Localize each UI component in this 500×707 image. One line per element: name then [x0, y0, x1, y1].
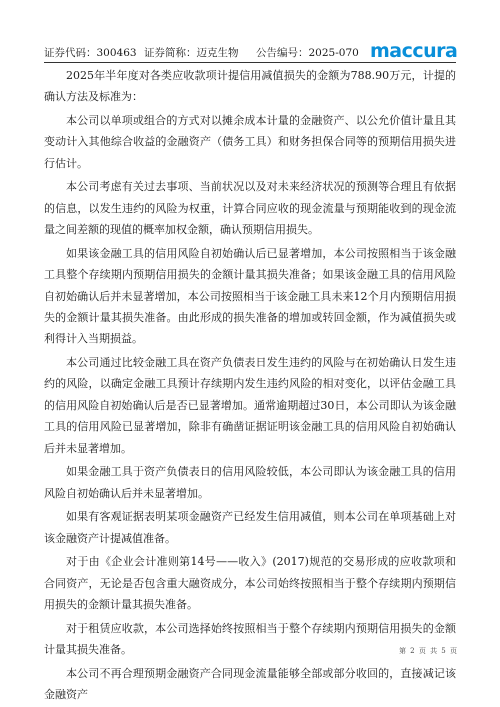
stock-code: 证券代码：300463 — [44, 44, 137, 62]
company-logo: maccura — [370, 41, 457, 61]
paragraph: 如果该金融工具的信用风险自初始确认后已显著增加，本公司按照相当于该金融工具整个存… — [44, 243, 456, 350]
paragraph: 本公司考虑有关过去事项、当前状况以及对未来经济状况的预测等合理且有依据的信息，以… — [44, 176, 456, 240]
paragraph: 2025年半年度对各类应收款项计提信用减值损失的金额为788.90万元，计提的确… — [44, 65, 456, 108]
paragraph: 本公司不再合理预期金融资产合同现金流量能够全部或部分收回的，直接减记该金融资产 — [44, 663, 456, 706]
paragraph: 如果有客观证据表明某项金融资产已经发生信用减值，则本公司在单项基础上对该金融资产… — [44, 506, 456, 549]
paragraph: 本公司以单项或组合的方式对以摊余成本计量的金融资产、以公允价值计量且其变动计入其… — [44, 110, 456, 174]
document-body: 2025年半年度对各类应收款项计提信用减值损失的金额为788.90万元，计提的确… — [44, 65, 456, 707]
paragraph: 对于由《企业会计准则第14号——收入》(2017)规范的交易形成的应收款项和合同… — [44, 551, 456, 615]
page-number: 第 2 页 共 5 页 — [380, 646, 458, 656]
stock-name: 证券简称：迈克生物 — [144, 44, 239, 62]
paragraph: 如果金融工具于资产负债表日的信用风险较低，本公司即认为该金融工具的信用风险自初始… — [44, 461, 456, 504]
announcement-number: 公告编号：2025-070 — [256, 44, 359, 62]
paragraph: 本公司通过比较金融工具在资产负债表日发生违约的风险与在初始确认日发生违约的风险，… — [44, 352, 456, 459]
